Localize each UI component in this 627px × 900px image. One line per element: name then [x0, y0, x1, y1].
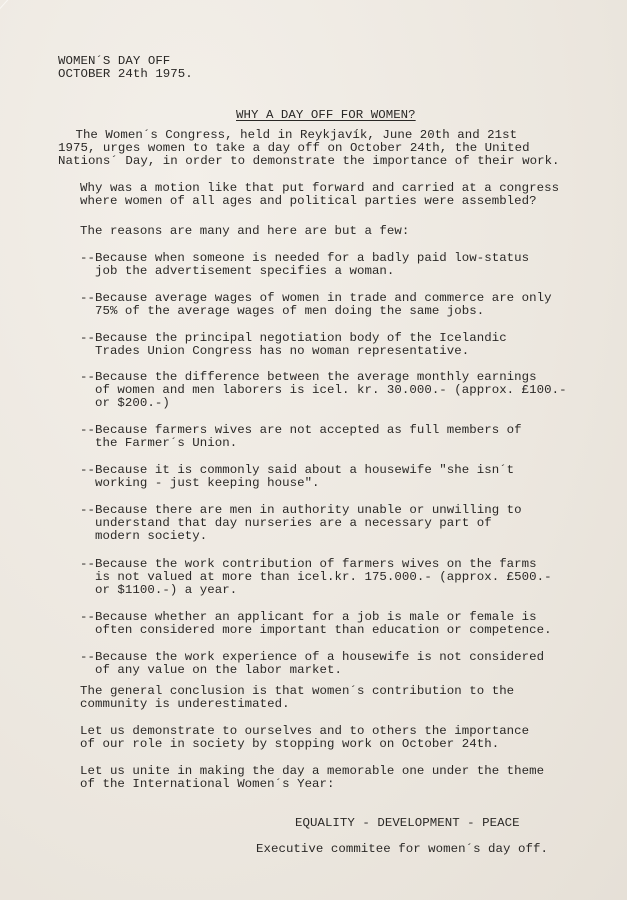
question-line-2: where women of all ages and political pa…	[80, 195, 537, 208]
conclusion-1-line-2: community is underestimated.	[80, 698, 290, 711]
reason-5-line-2: the Farmer´s Union.	[80, 437, 237, 450]
reason-10-line-2: of any value on the labor market.	[80, 664, 342, 677]
signature: Executive commitee for women´s day off.	[256, 843, 548, 856]
document-page: WOMEN´S DAY OFF OCTOBER 24th 1975. WHY A…	[0, 0, 627, 900]
reason-3-line-2: Trades Union Congress has no woman repre…	[80, 345, 469, 358]
reason-4-line-3: or $200.-)	[80, 397, 170, 410]
conclusion-2-line-2: of our role in society by stopping work …	[80, 738, 499, 751]
motto: EQUALITY - DEVELOPMENT - PEACE	[295, 817, 520, 830]
document-title: WHY A DAY OFF FOR WOMEN?	[236, 109, 416, 122]
intro-line-3: Nations´ Day, in order to demonstrate th…	[58, 155, 560, 168]
reason-8-line-3: or $1100.-) a year.	[80, 584, 237, 597]
reason-2-line-2: 75% of the average wages of men doing th…	[80, 305, 484, 318]
reason-6-line-2: working - just keeping house".	[80, 477, 320, 490]
reasons-intro: The reasons are many and here are but a …	[80, 225, 409, 238]
reason-7-line-3: modern society.	[80, 530, 207, 543]
conclusion-3-line-2: of the International Women´s Year:	[80, 778, 335, 791]
header-line-2: OCTOBER 24th 1975.	[58, 68, 193, 81]
reason-1-line-2: job the advertisement specifies a woman.	[80, 265, 394, 278]
paper-crease	[0, 0, 74, 31]
reason-9-line-2: often considered more important than edu…	[80, 624, 552, 637]
